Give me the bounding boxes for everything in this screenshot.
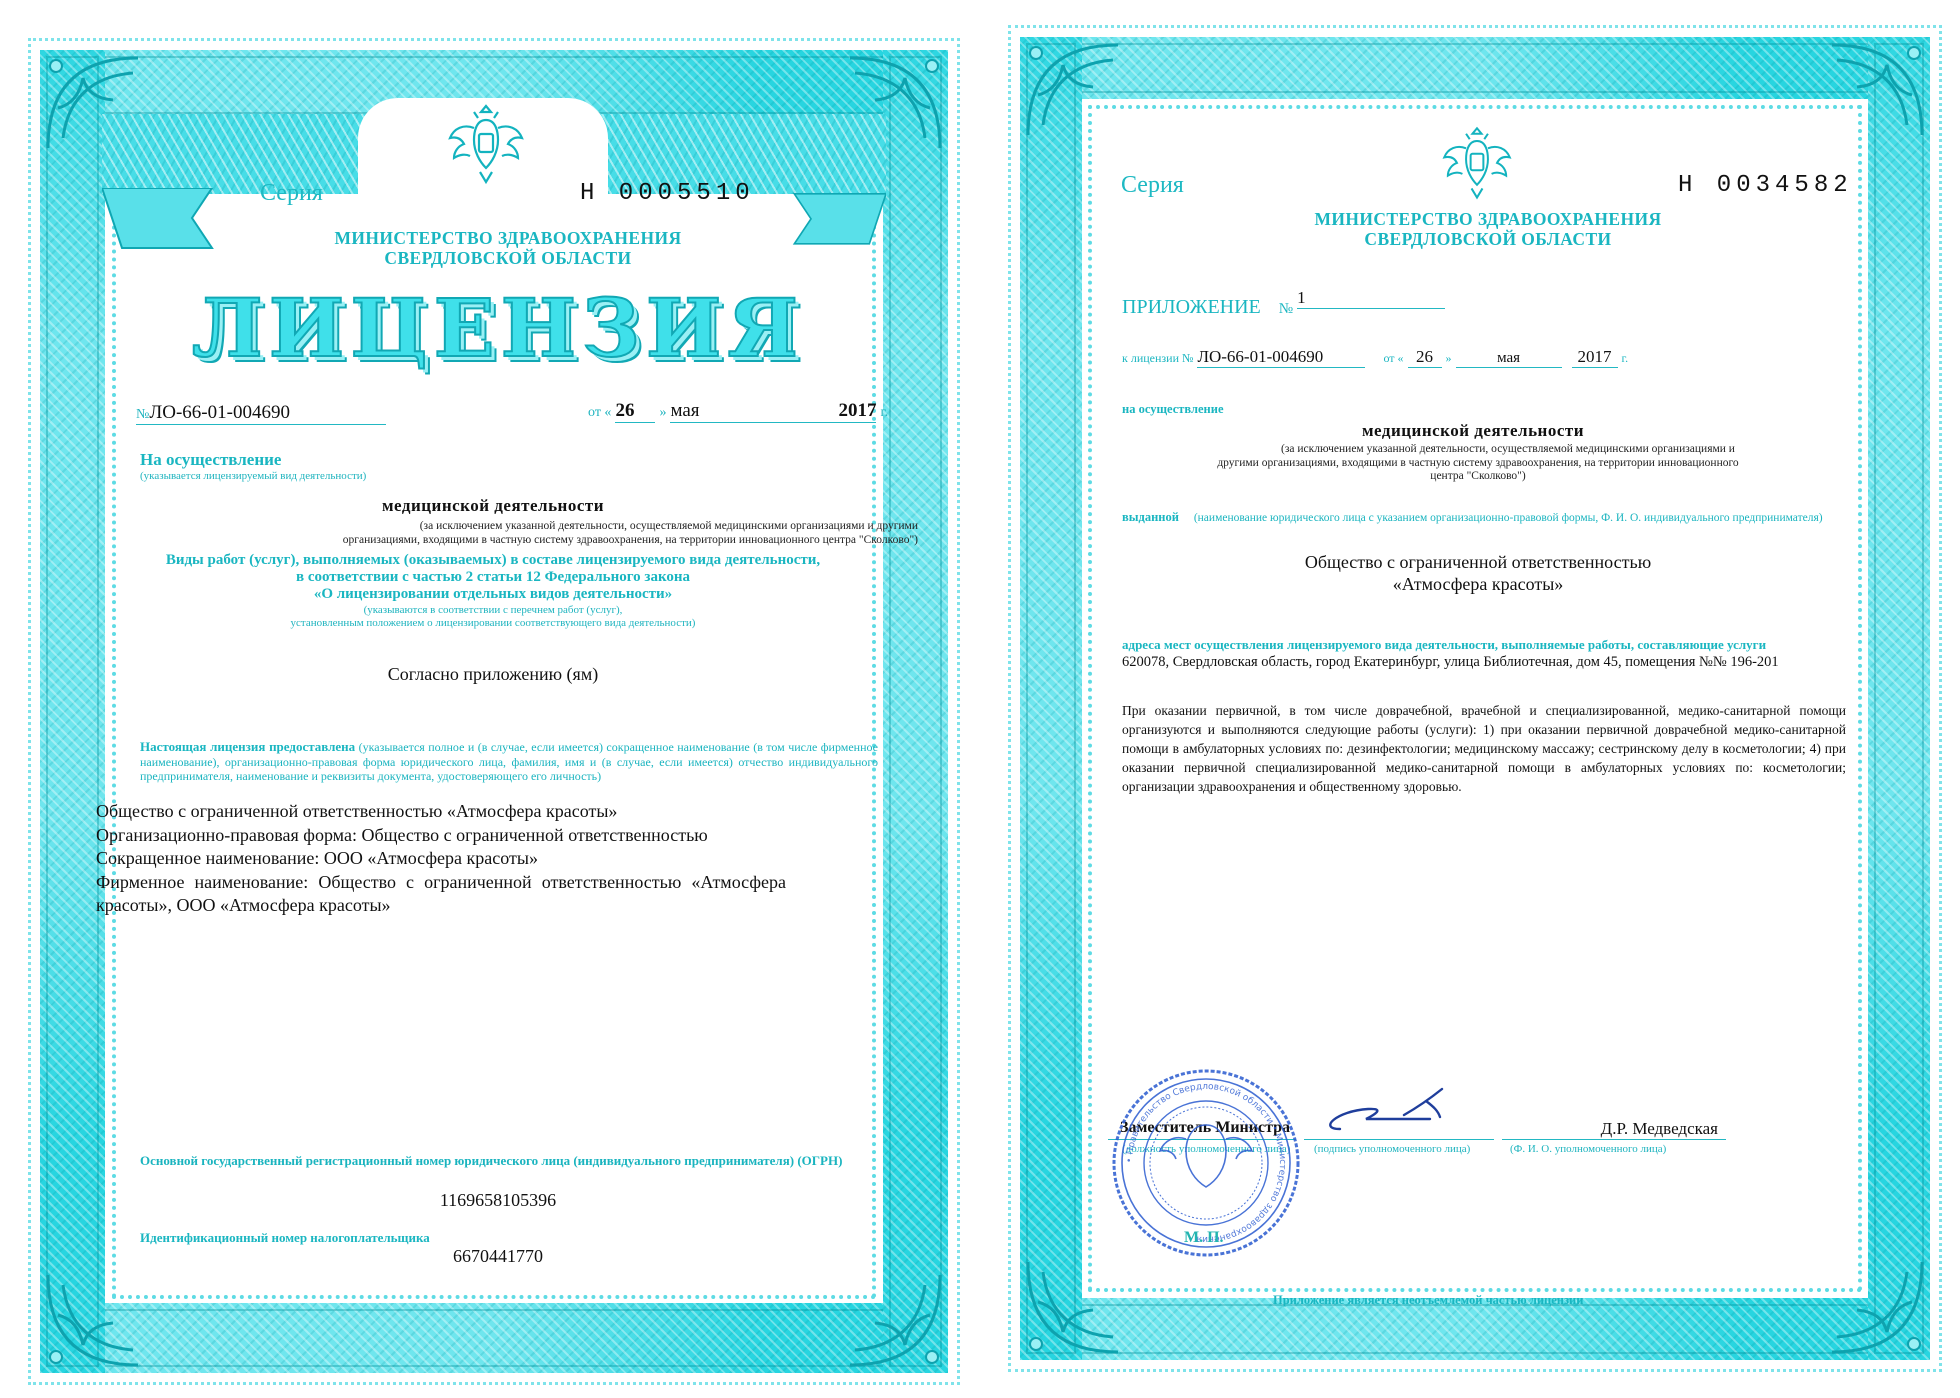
appendix-number: ПРИЛОЖЕНИЕ № 1 xyxy=(1122,296,1445,319)
holder-brand-name: Фирменное наименование: Общество с огран… xyxy=(96,871,786,918)
to-license: к лицензии № ЛО-66-01-004690 от « 26 » м… xyxy=(1122,347,1628,368)
activity-hint: (указывается лицензируемый вид деятельно… xyxy=(140,470,366,482)
ornament-corner-icon xyxy=(1822,1252,1932,1362)
work-types-hint: (указываются в соответствии с перечнем р… xyxy=(128,604,858,630)
ornament-corner-icon xyxy=(1822,35,1932,145)
ornament-corner-icon xyxy=(1018,1252,1128,1362)
ornament-corner-icon xyxy=(38,1265,148,1375)
date-year-suffix: г. xyxy=(1622,351,1629,365)
activity-label: На осуществление xyxy=(140,450,281,470)
holder-name: Общество с ограниченной ответственностью… xyxy=(1128,551,1828,595)
inn-value: 6670441770 xyxy=(128,1246,868,1267)
ministry-line-1: МИНИСТЕРСТВО ЗДРАВООХРАНЕНИЯ xyxy=(228,228,788,248)
date-year: 2017 xyxy=(824,400,876,423)
to-license-label: к лицензии № xyxy=(1122,351,1193,365)
document-title: ЛИЦЕНЗИЯ xyxy=(178,286,818,370)
activity-exclusion: (за исключением указанной деятельности, … xyxy=(1128,443,1828,484)
date-day: 26 xyxy=(1408,347,1442,368)
series-number: Н 0005510 xyxy=(580,180,755,207)
frame-band-left xyxy=(1020,37,1082,1360)
date-from-label: от « xyxy=(1383,351,1403,365)
license-date: от « 26 » мая2017 г. xyxy=(588,400,888,423)
stamp-mark: М. П. xyxy=(1184,1229,1224,1247)
holder-line-1: Общество с ограниченной ответственностью xyxy=(1128,551,1828,573)
series-number: Н 0034582 xyxy=(1678,172,1853,199)
name-hint: (Ф. И. О. уполномоченного лица) xyxy=(1510,1143,1666,1155)
frame-band-left xyxy=(40,50,105,1373)
exclusion-line-1: (за исключением указанной деятельности, … xyxy=(148,519,918,533)
work-types-hint-2: установленным положением о лицензировани… xyxy=(128,617,858,630)
work-types-line-2: в соответствии с частью 2 статьи 12 Феде… xyxy=(128,569,858,586)
date-month: мая xyxy=(1456,350,1562,368)
license-number: ЛО-66-01-004690 xyxy=(1197,347,1365,368)
holder-line-2: «Атмосфера красоты» xyxy=(1128,573,1828,595)
exclusion-line-2: другими организациями, входящими в частн… xyxy=(1128,457,1828,471)
number-prefix: № xyxy=(136,407,149,422)
number-value: ЛО-66-01-004690 xyxy=(149,402,290,423)
date-close-quote: » xyxy=(659,405,666,420)
date-close-quote: » xyxy=(1446,351,1452,365)
date-year-suffix: г. xyxy=(880,405,888,420)
series-label: Серия xyxy=(260,180,323,207)
ogrn-label: Основной государственный регистрационный… xyxy=(140,1152,880,1169)
appendix-no-label: № xyxy=(1279,301,1293,317)
frame-band-bottom xyxy=(40,1303,948,1373)
frame-band-right xyxy=(1868,37,1930,1360)
ministry-line-2: СВЕРДЛОВСКОЙ ОБЛАСТИ xyxy=(228,248,788,268)
license-document: Серия Н 0005510 МИНИСТЕРСТВО ЗДРАВООХРАН… xyxy=(28,38,960,1385)
coat-of-arms-icon xyxy=(446,98,526,188)
ministry-line-2: СВЕРДЛОВСКОЙ ОБЛАСТИ xyxy=(1208,229,1768,249)
svg-text:• Правительство Свердловской о: • Правительство Свердловской области • М… xyxy=(1125,1082,1287,1244)
work-types-line-1: Виды работ (услуг), выполняемых (оказыва… xyxy=(128,552,858,569)
holder-short-name: Сокращенное наименование: ООО «Атмосфера… xyxy=(96,847,972,871)
appendix-document: Серия Н 0034582 МИНИСТЕРСТВО ЗДРАВООХРАН… xyxy=(1008,25,1942,1372)
footer-note: Приложение является неотъемлемой частью … xyxy=(1273,1293,1583,1308)
address-text: 620078, Свердловская область, город Екат… xyxy=(1122,653,1846,671)
issued-to: выданной (наименование юридического лица… xyxy=(1122,510,1842,525)
appendix-number-value: 1 xyxy=(1297,288,1445,309)
license-number: №ЛО-66-01-004690 xyxy=(136,402,386,425)
series-label: Серия xyxy=(1121,172,1184,199)
activity-name: медицинской деятельности xyxy=(158,496,828,516)
signature-icon xyxy=(1308,1085,1458,1145)
granted-label: Настоящая лицензия предоставлена xyxy=(140,739,355,754)
date-month: мая xyxy=(670,400,824,423)
signatory-name: Д.Р. Медведская xyxy=(1548,1119,1718,1139)
granted-to: Настоящая лицензия предоставлена (указыв… xyxy=(140,740,878,784)
activity-exclusion: (за исключением указанной деятельности, … xyxy=(148,519,918,547)
frame-band-right xyxy=(883,50,948,1373)
issued-label: выданной xyxy=(1122,510,1179,524)
issued-hint: (наименование юридического лица с указан… xyxy=(1194,512,1823,524)
work-types: Виды работ (услуг), выполняемых (оказыва… xyxy=(128,552,858,603)
holder-info: Общество с ограниченной ответственностью… xyxy=(96,800,972,918)
services-text: При оказании первичной, в том числе довр… xyxy=(1122,701,1846,796)
activity-label: на осуществление xyxy=(1122,402,1224,417)
work-types-hint-1: (указываются в соответствии с перечнем р… xyxy=(128,604,858,617)
holder-legal-form: Организационно-правовая форма: Общество … xyxy=(96,824,972,848)
signature-line-3 xyxy=(1502,1139,1726,1140)
ministry-name: МИНИСТЕРСТВО ЗДРАВООХРАНЕНИЯ СВЕРДЛОВСКО… xyxy=(1208,209,1768,249)
date-from-label: от « xyxy=(588,405,611,420)
ministry-name: МИНИСТЕРСТВО ЗДРАВООХРАНЕНИЯ СВЕРДЛОВСКО… xyxy=(228,228,788,268)
exclusion-line-3: центра "Сколково") xyxy=(1128,470,1828,484)
date-year: 2017 xyxy=(1572,347,1618,368)
addresses-label: адреса мест осуществления лицензируемого… xyxy=(1122,637,1846,654)
ogrn-value: 1169658105396 xyxy=(128,1190,868,1211)
appendix-label: ПРИЛОЖЕНИЕ xyxy=(1122,296,1261,318)
according-to-appendix: Согласно приложению (ям) xyxy=(158,664,828,685)
frame-band-top xyxy=(1020,37,1930,99)
work-types-line-3: «О лицензировании отдельных видов деятел… xyxy=(128,586,858,603)
ministry-line-1: МИНИСТЕРСТВО ЗДРАВООХРАНЕНИЯ xyxy=(1208,209,1768,229)
exclusion-line-1: (за исключением указанной деятельности, … xyxy=(1128,443,1828,457)
exclusion-line-2: организациями, входящими в частную систе… xyxy=(148,533,918,547)
ornament-corner-icon xyxy=(840,1265,950,1375)
ribbon-tail-left xyxy=(102,188,222,258)
activity-name: медицинской деятельности xyxy=(1128,421,1818,441)
inn-label: Идентификационный номер налогоплательщик… xyxy=(140,1230,430,1246)
ribbon-tail-right xyxy=(786,188,886,258)
ornament-corner-icon xyxy=(1018,35,1128,145)
coat-of-arms-icon xyxy=(1440,121,1514,203)
holder-full-name: Общество с ограниченной ответственностью… xyxy=(96,800,972,824)
date-day: 26 xyxy=(615,400,655,423)
